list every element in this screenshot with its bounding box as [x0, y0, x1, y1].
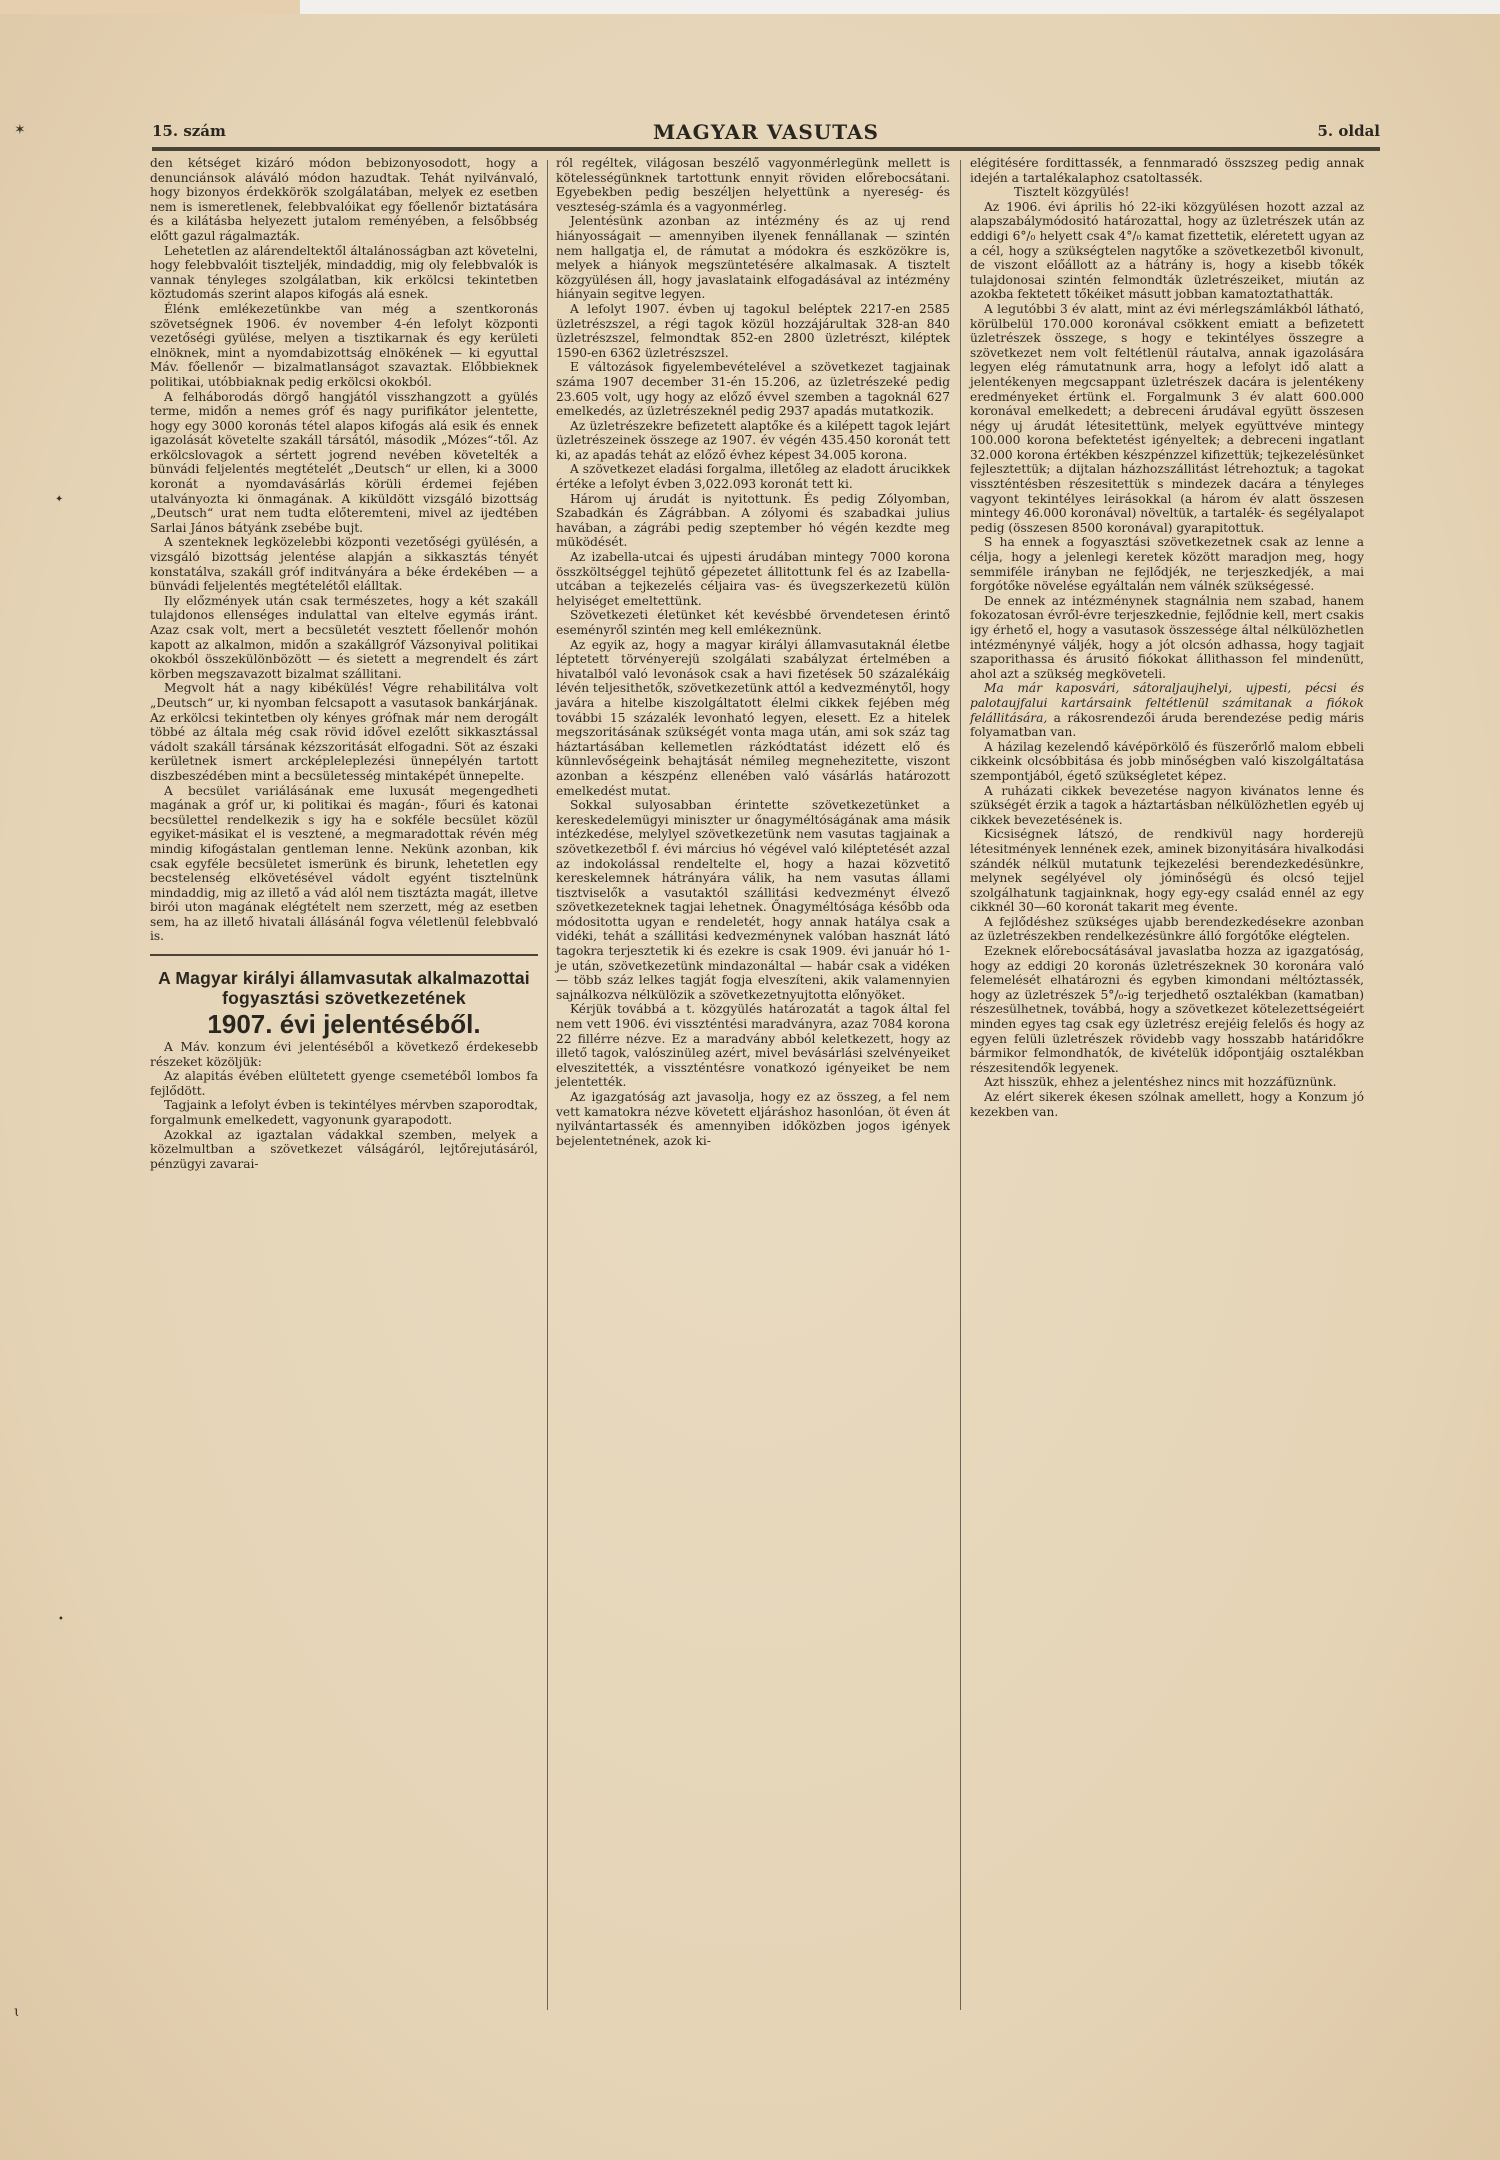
column-divider [960, 160, 961, 2010]
paragraph: Az egyik az, hogy a magyar királyi állam… [556, 638, 950, 799]
paragraph: A szenteknek legközelebbi központi vezet… [150, 535, 538, 593]
paragraph: Ezeknek előrebocsátásával javaslatba hoz… [970, 944, 1364, 1075]
paragraph: S ha ennek a fogyasztási szövetkezetnek … [970, 535, 1364, 593]
paragraph: Jelentésünk azonban az intézmény és az u… [556, 214, 950, 302]
article-heading: A Magyar királyi államvasutak alkalmazot… [150, 968, 538, 1008]
paragraph: A szövetkezet eladási forgalma, illetőle… [556, 462, 950, 491]
paragraph: A legutóbbi 3 év alatt, mint az évi mérl… [970, 302, 1364, 536]
paragraph: A ruházati cikkek bevezetése nagyon kivá… [970, 784, 1364, 828]
paragraph: Három uj árudát is nyitottunk. És pedig … [556, 492, 950, 550]
salutation: Tisztelt közgyülés! [970, 185, 1364, 200]
article-heading-year: 1907. évi jelentéséből. [150, 1008, 538, 1040]
margin-mark-icon: • [58, 1614, 64, 1625]
paragraph: Az igazgatóság azt javasolja, hogy ez az… [556, 1090, 950, 1148]
paragraph: A becsület variálásának eme luxusát mege… [150, 784, 538, 945]
paragraph: Megvolt hát a nagy kibékülés! Végre reha… [150, 681, 538, 783]
column-left: den kétséget kizáró módon bebizonyosodot… [150, 156, 538, 1171]
column-middle: ról regéltek, világosan beszélő vagyonmé… [556, 156, 950, 1148]
paragraph: Az 1906. évi április hó 22-iki közgyülés… [970, 200, 1364, 302]
margin-mark-icon: ✦ [55, 494, 63, 505]
paragraph: Élénk emlékezetünkbe van még a szentkoro… [150, 302, 538, 390]
newspaper-title: MAGYAR VASUTAS [152, 120, 1380, 144]
paragraph: den kétséget kizáró módon bebizonyosodot… [150, 156, 538, 244]
paragraph: A fejlődéshez szükséges ujabb berendezke… [970, 915, 1364, 944]
paragraph: elégitésére fordittassék, a fennmaradó ö… [970, 156, 1364, 185]
newspaper-page: 15. szám MAGYAR VASUTAS 5. oldal ✶ ✦ • ɩ… [0, 14, 1500, 2160]
paragraph-italic-lead: Ma már kaposvári, sátoraljaujhelyi, ujpe… [970, 681, 1364, 739]
column-right: elégitésére fordittassék, a fennmaradó ö… [970, 156, 1364, 1119]
paragraph: Kicsiségnek látszó, de rendkivül nagy ho… [970, 827, 1364, 915]
paragraph: Azt hisszük, ehhez a jelentéshez nincs m… [970, 1075, 1364, 1090]
paragraph: Azokkal az igaztalan vádakkal szemben, m… [150, 1128, 538, 1172]
column-divider [547, 160, 548, 2010]
paragraph: Az elért sikerek ékesen szólnak amellett… [970, 1090, 1364, 1119]
paragraph: E változások figyelembevételével a szöve… [556, 360, 950, 418]
margin-mark-icon: ɩ [14, 2004, 20, 2020]
paragraph: Ily előzmények után csak természetes, ho… [150, 594, 538, 682]
paragraph: A Máv. konzum évi jelentéséből a követke… [150, 1040, 538, 1069]
paragraph: ról regéltek, világosan beszélő vagyonmé… [556, 156, 950, 214]
section-divider [150, 954, 538, 956]
paragraph: Szövetkezeti életünket két kevésbbé örve… [556, 608, 950, 637]
header-rule [152, 147, 1380, 151]
paragraph: De ennek az intézménynek stagnálnia nem … [970, 594, 1364, 682]
paragraph: Tagjaink a lefolyt évben is tekintélyes … [150, 1098, 538, 1127]
paragraph: A felháborodás dörgő hangjától visszhang… [150, 390, 538, 536]
paragraph: Lehetetlen az alárendeltektől általánoss… [150, 244, 538, 302]
paragraph: Kérjük továbbá a t. közgyülés határozatá… [556, 1002, 950, 1090]
margin-mark-icon: ✶ [14, 122, 26, 138]
paragraph: Az izabella-utcai és ujpesti árudában mi… [556, 550, 950, 608]
paragraph: Sokkal sulyosabban érintette szövetkezet… [556, 798, 950, 1002]
paragraph: Az üzletrészekre befizetett alaptőke és … [556, 419, 950, 463]
paragraph: Az alapitás évében elültetett gyenge cse… [150, 1069, 538, 1098]
page-number: 5. oldal [1318, 122, 1381, 140]
paragraph: A házilag kezelendő kávépörkölő és füsze… [970, 740, 1364, 784]
paragraph: A lefolyt 1907. évben uj tagokul belépte… [556, 302, 950, 360]
